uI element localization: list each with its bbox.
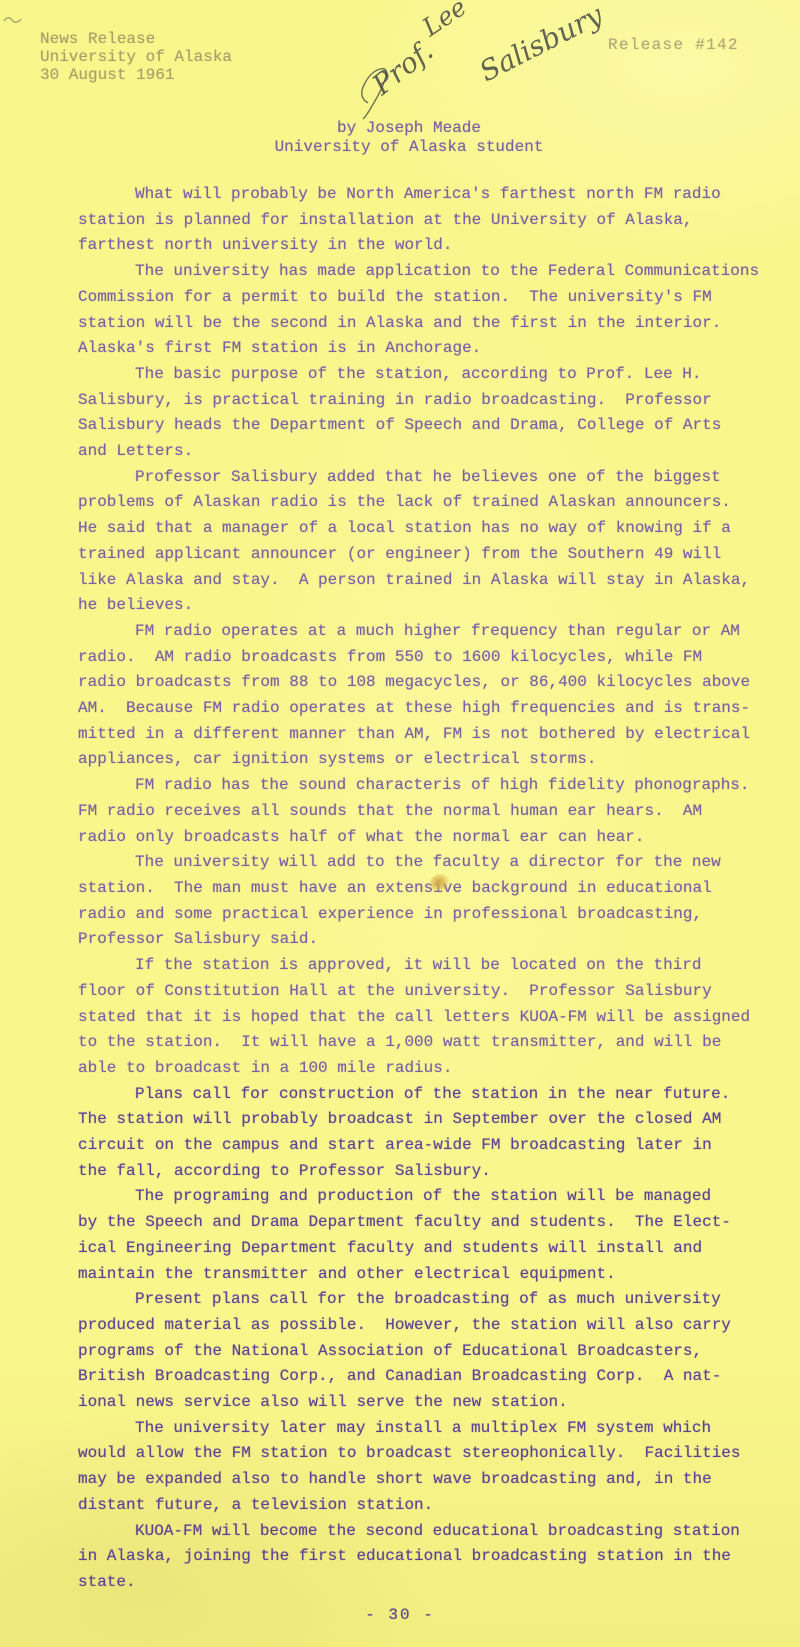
paragraph: The basic purpose of the station, accord… <box>78 362 778 465</box>
paragraph: Professor Salisbury added that he believ… <box>78 465 778 619</box>
paragraph: The university will add to the faculty a… <box>78 850 778 953</box>
paragraph: The university later may install a multi… <box>78 1416 778 1519</box>
paragraph: KUOA-FM will become the second education… <box>78 1519 778 1596</box>
paragraph: The university has made application to t… <box>78 259 778 362</box>
signature-word-lee: Lee <box>416 0 471 43</box>
paragraph: If the station is approved, it will be l… <box>78 953 778 1082</box>
pencil-corner-mark <box>2 12 26 30</box>
paragraph: What will probably be North America's fa… <box>78 182 778 259</box>
signature-word-salisbury: Salisbury <box>474 0 609 88</box>
paragraph: Present plans call for the broadcasting … <box>78 1287 778 1416</box>
paragraph: Plans call for construction of the stati… <box>78 1082 778 1185</box>
news-release-page: News Release University of Alaska 30 Aug… <box>0 0 800 1647</box>
end-mark: - 30 - <box>0 1606 800 1624</box>
document-body: What will probably be North America's fa… <box>78 182 778 1596</box>
letterhead: News Release University of Alaska 30 Aug… <box>40 31 232 84</box>
paragraph: The programing and production of the sta… <box>78 1184 778 1287</box>
signature-word-prof: Prof. <box>365 34 439 102</box>
handwritten-signature: Prof. Lee Salisbury <box>330 0 670 125</box>
paragraph: FM radio has the sound characteris of hi… <box>78 773 778 850</box>
paragraph: FM radio operates at a much higher frequ… <box>78 619 778 773</box>
byline: by Joseph Meade University of Alaska stu… <box>9 119 800 156</box>
